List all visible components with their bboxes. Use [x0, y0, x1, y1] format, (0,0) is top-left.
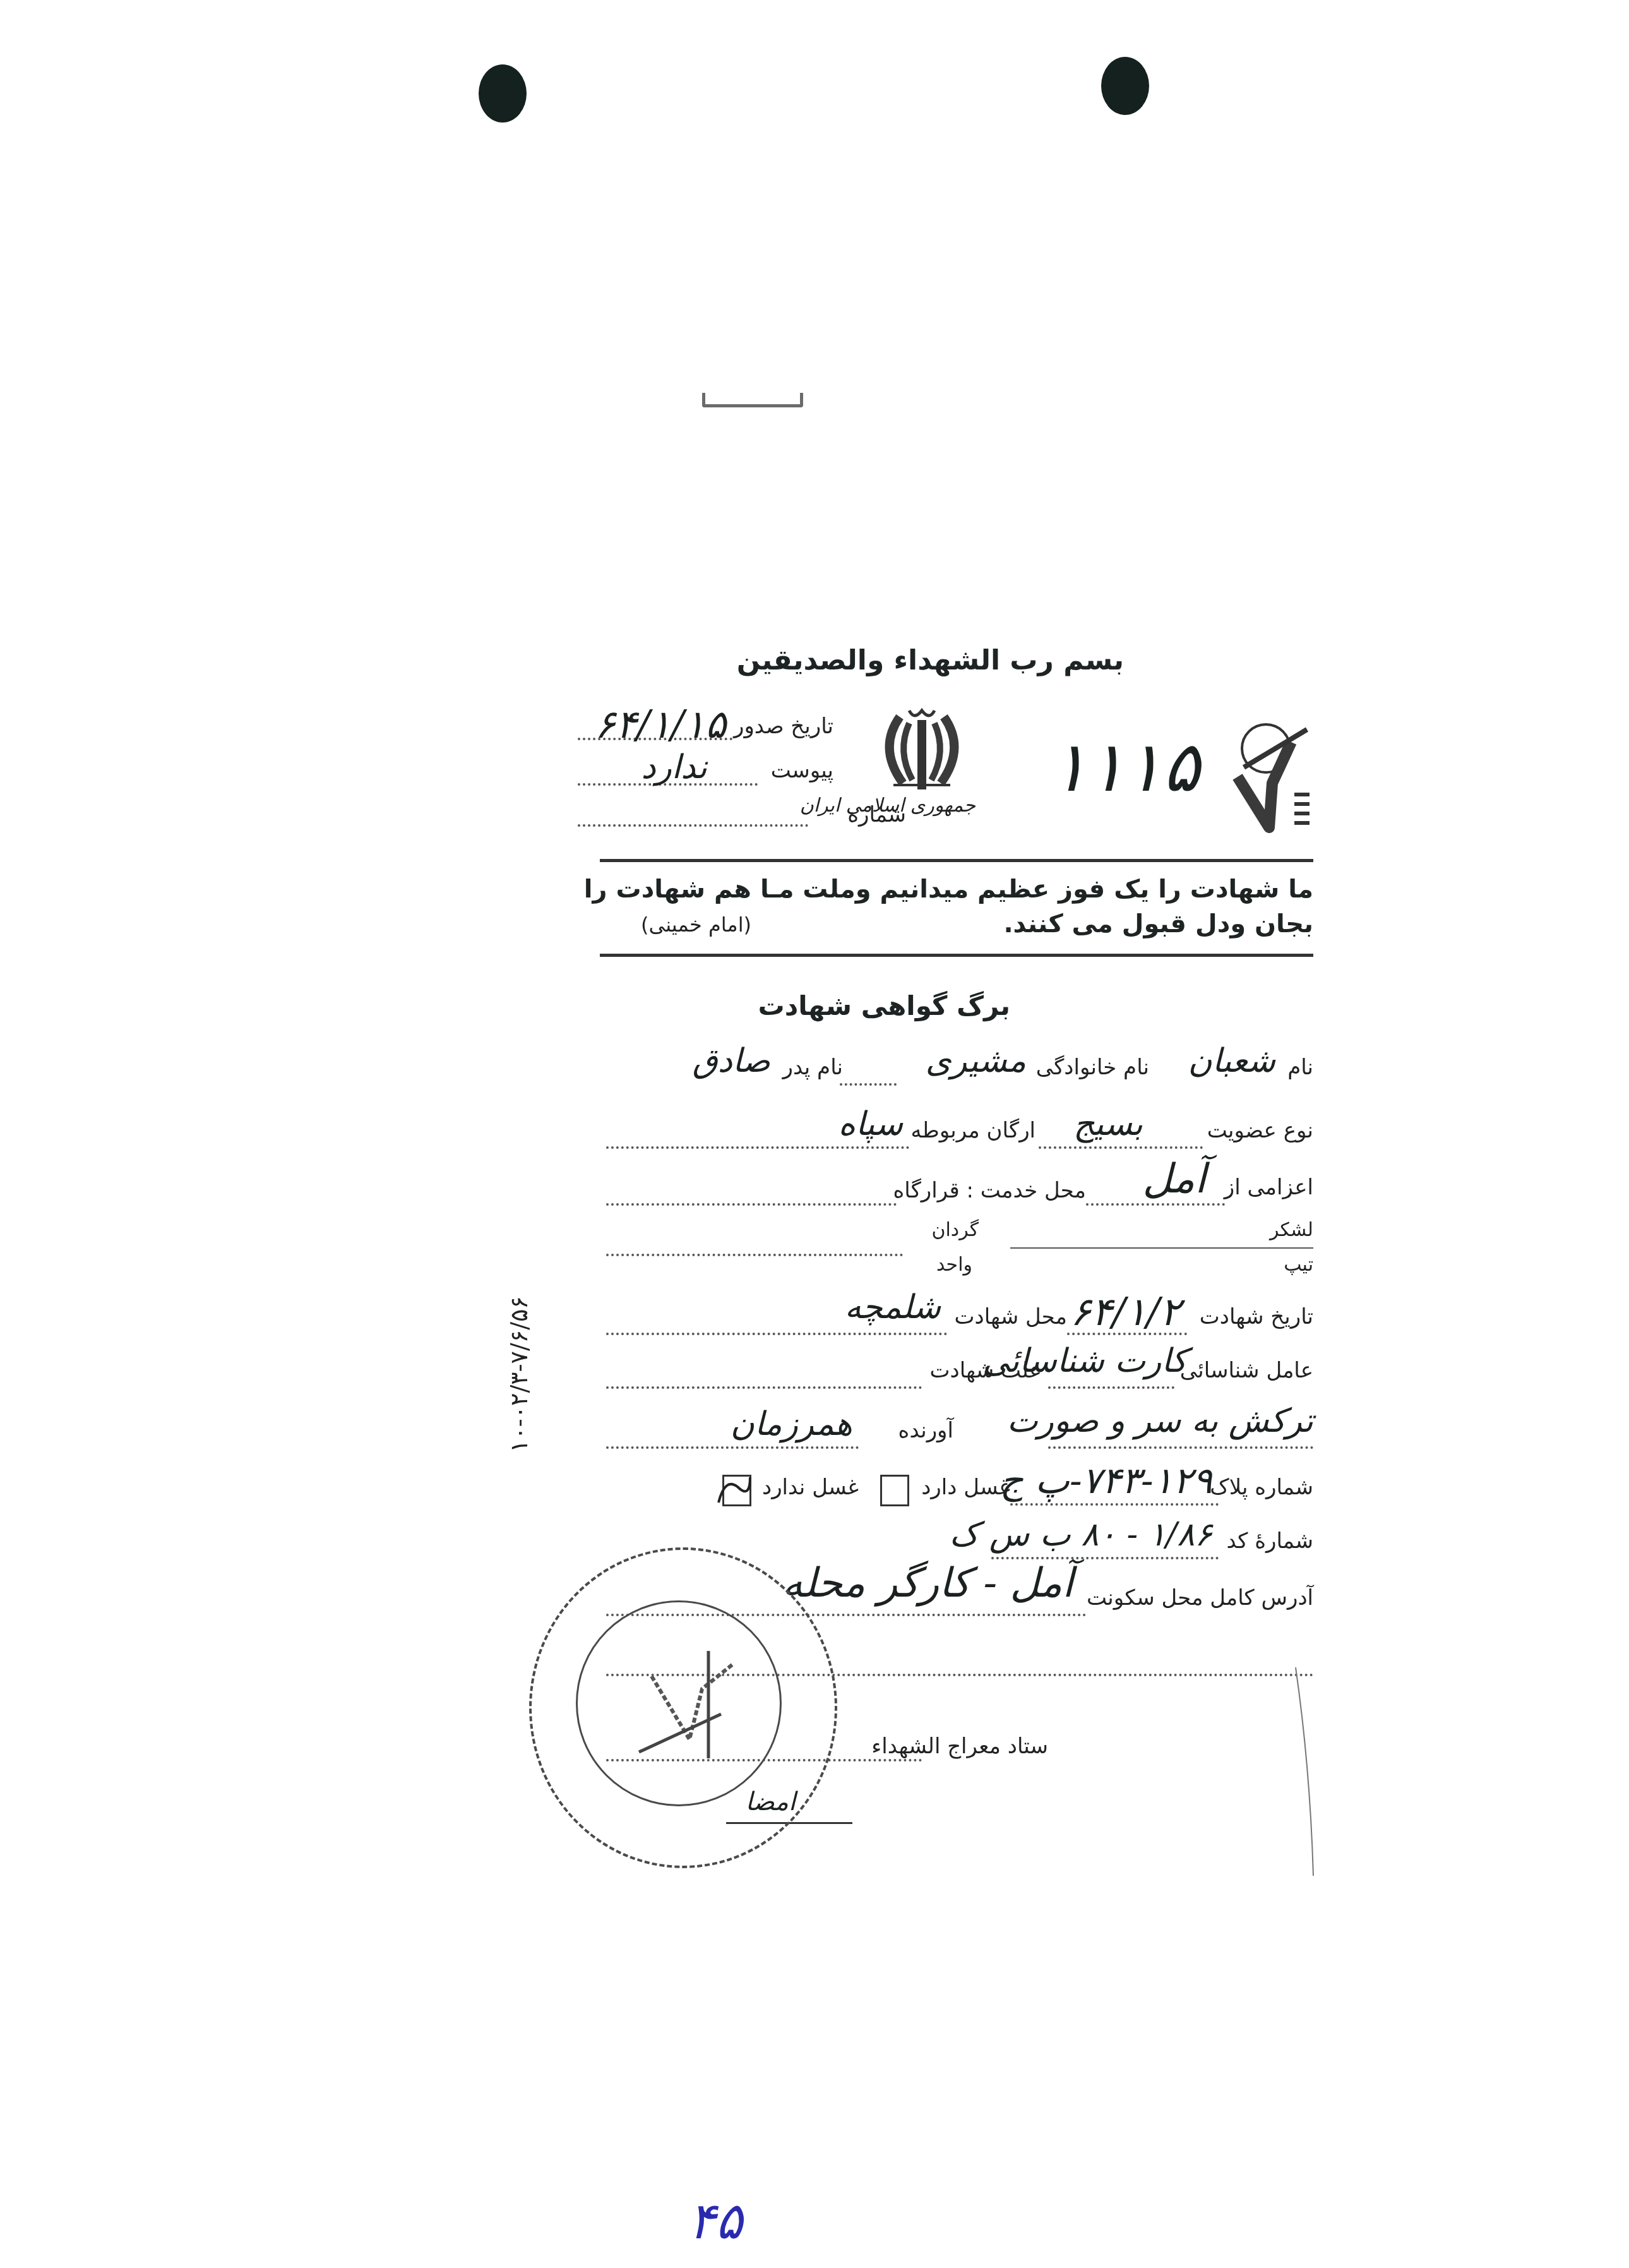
- organization-label: ارگان مربوطه: [911, 1118, 1035, 1143]
- attachment-label: پیوست: [771, 758, 833, 783]
- staple-mark: [702, 393, 803, 407]
- punch-hole-left: [479, 64, 527, 123]
- first-name-label: نام: [1287, 1055, 1313, 1080]
- bringer-line: [606, 1446, 859, 1449]
- martyrdom-date-label: تاریخ شهادت: [1200, 1304, 1313, 1329]
- code-number-line: [991, 1557, 1219, 1559]
- issuer-label: ستاد معراج الشهداء: [871, 1734, 1048, 1759]
- martyrdom-place-value: شلمچه: [845, 1288, 941, 1326]
- invocation-heading: بسم رب الشهداء والصدیقین: [737, 644, 1124, 676]
- service-place-label: محل خدمت : قرارگاه: [893, 1178, 1087, 1203]
- irgc-emblem-icon: [1231, 717, 1313, 843]
- ghusl-yes-label: غسل دارد: [921, 1475, 1010, 1500]
- quote-bottom-rule: [600, 954, 1313, 957]
- page-number: ۴۵: [688, 2192, 743, 2250]
- cause-label: علت شهادت: [930, 1358, 1042, 1383]
- martyrdom-place-line: [606, 1333, 947, 1335]
- paper-edge-line: [1294, 1667, 1320, 1876]
- ghusl-no-label: غسل ندارد: [762, 1475, 859, 1500]
- quote-top-rule: [600, 859, 1313, 862]
- quote-line-1: ما شهادت را یک فوز عظیم میدانیم وملت مـا…: [584, 875, 1313, 904]
- membership-label: نوع عضویت: [1207, 1118, 1313, 1143]
- iran-emblem-icon: [874, 704, 969, 799]
- cause-line: [606, 1386, 922, 1389]
- quote-line-2: بجان ودل قبول می کنند.: [1003, 909, 1313, 939]
- battalion-label: گردان: [931, 1219, 979, 1241]
- last-name-value: مشیری: [926, 1042, 1026, 1080]
- dispatched-from-value: آمل: [1142, 1156, 1206, 1203]
- tag-number-label: شماره پلاک: [1210, 1475, 1313, 1500]
- membership-value: بسیج: [1073, 1105, 1143, 1143]
- dispatched-from-line: [1086, 1203, 1225, 1206]
- issue-date-label: تاریخ صدور: [734, 714, 833, 739]
- father-name-value: صادق: [693, 1042, 771, 1080]
- battalion-line: [606, 1254, 903, 1256]
- bringer-label: آورنده: [898, 1418, 953, 1443]
- code-number-value: ۱/۸۶ - ۸۰ ب س ک: [950, 1516, 1212, 1554]
- certificate-title: برگ گواهی شهادت: [758, 990, 1010, 1021]
- identifier-label: عامل شناسائی: [1180, 1358, 1313, 1383]
- dispatched-from-label: اعزامی از: [1224, 1175, 1313, 1200]
- quote-attribution: (امام خمینی): [641, 913, 751, 937]
- cause-value: ترکش به سر و صورت: [1007, 1402, 1313, 1440]
- martyrdom-date-value: ۶۴/۱/۲: [1070, 1288, 1181, 1335]
- issue-date-value: ۶۴/۱/۱۵: [595, 701, 726, 747]
- address-value: آمل - کارگر محله: [782, 1560, 1073, 1607]
- unit-label: واحد: [936, 1254, 972, 1276]
- tag-number-value: ۷۴۳-۱۲۹-پ ج: [999, 1459, 1212, 1502]
- father-name-label: نام پدر: [783, 1055, 843, 1080]
- tag-number-line: [1010, 1503, 1219, 1506]
- division-label: لشکر: [1270, 1219, 1313, 1241]
- number-label: شماره: [847, 802, 906, 827]
- last-name-line: [840, 1083, 897, 1086]
- stamp-emblem-icon: [614, 1626, 753, 1777]
- last-name-label: نام خانوادگی: [1036, 1055, 1149, 1080]
- address-label: آدرس کامل محل سکونت: [1087, 1585, 1313, 1611]
- official-stamp-icon: [529, 1547, 837, 1868]
- serial-number: ۱۱۱۵: [1051, 726, 1200, 807]
- number-line: [578, 824, 808, 827]
- ghusl-yes-checkbox[interactable]: [880, 1475, 909, 1506]
- punch-hole-right: [1101, 57, 1149, 115]
- identifier-line: [1048, 1386, 1174, 1389]
- organization-value: سپاه: [838, 1105, 903, 1143]
- first-name-value: شعبان: [1188, 1042, 1275, 1080]
- cause-continuation-line: [1048, 1446, 1313, 1449]
- organization-line: [606, 1146, 909, 1149]
- division-sub-label: تیپ: [1284, 1254, 1313, 1276]
- ghusl-no-checkbox[interactable]: [722, 1475, 751, 1506]
- attachment-value: ندارد: [641, 748, 707, 786]
- membership-line: [1039, 1146, 1203, 1149]
- check-mark-icon: [715, 1474, 753, 1506]
- division-line: [1010, 1247, 1313, 1249]
- service-place-line: [606, 1203, 897, 1206]
- martyrdom-place-label: محل شهادت: [955, 1304, 1067, 1329]
- bringer-value: همرزمان: [731, 1405, 852, 1443]
- code-number-label: شمارهٔ کد: [1226, 1528, 1313, 1554]
